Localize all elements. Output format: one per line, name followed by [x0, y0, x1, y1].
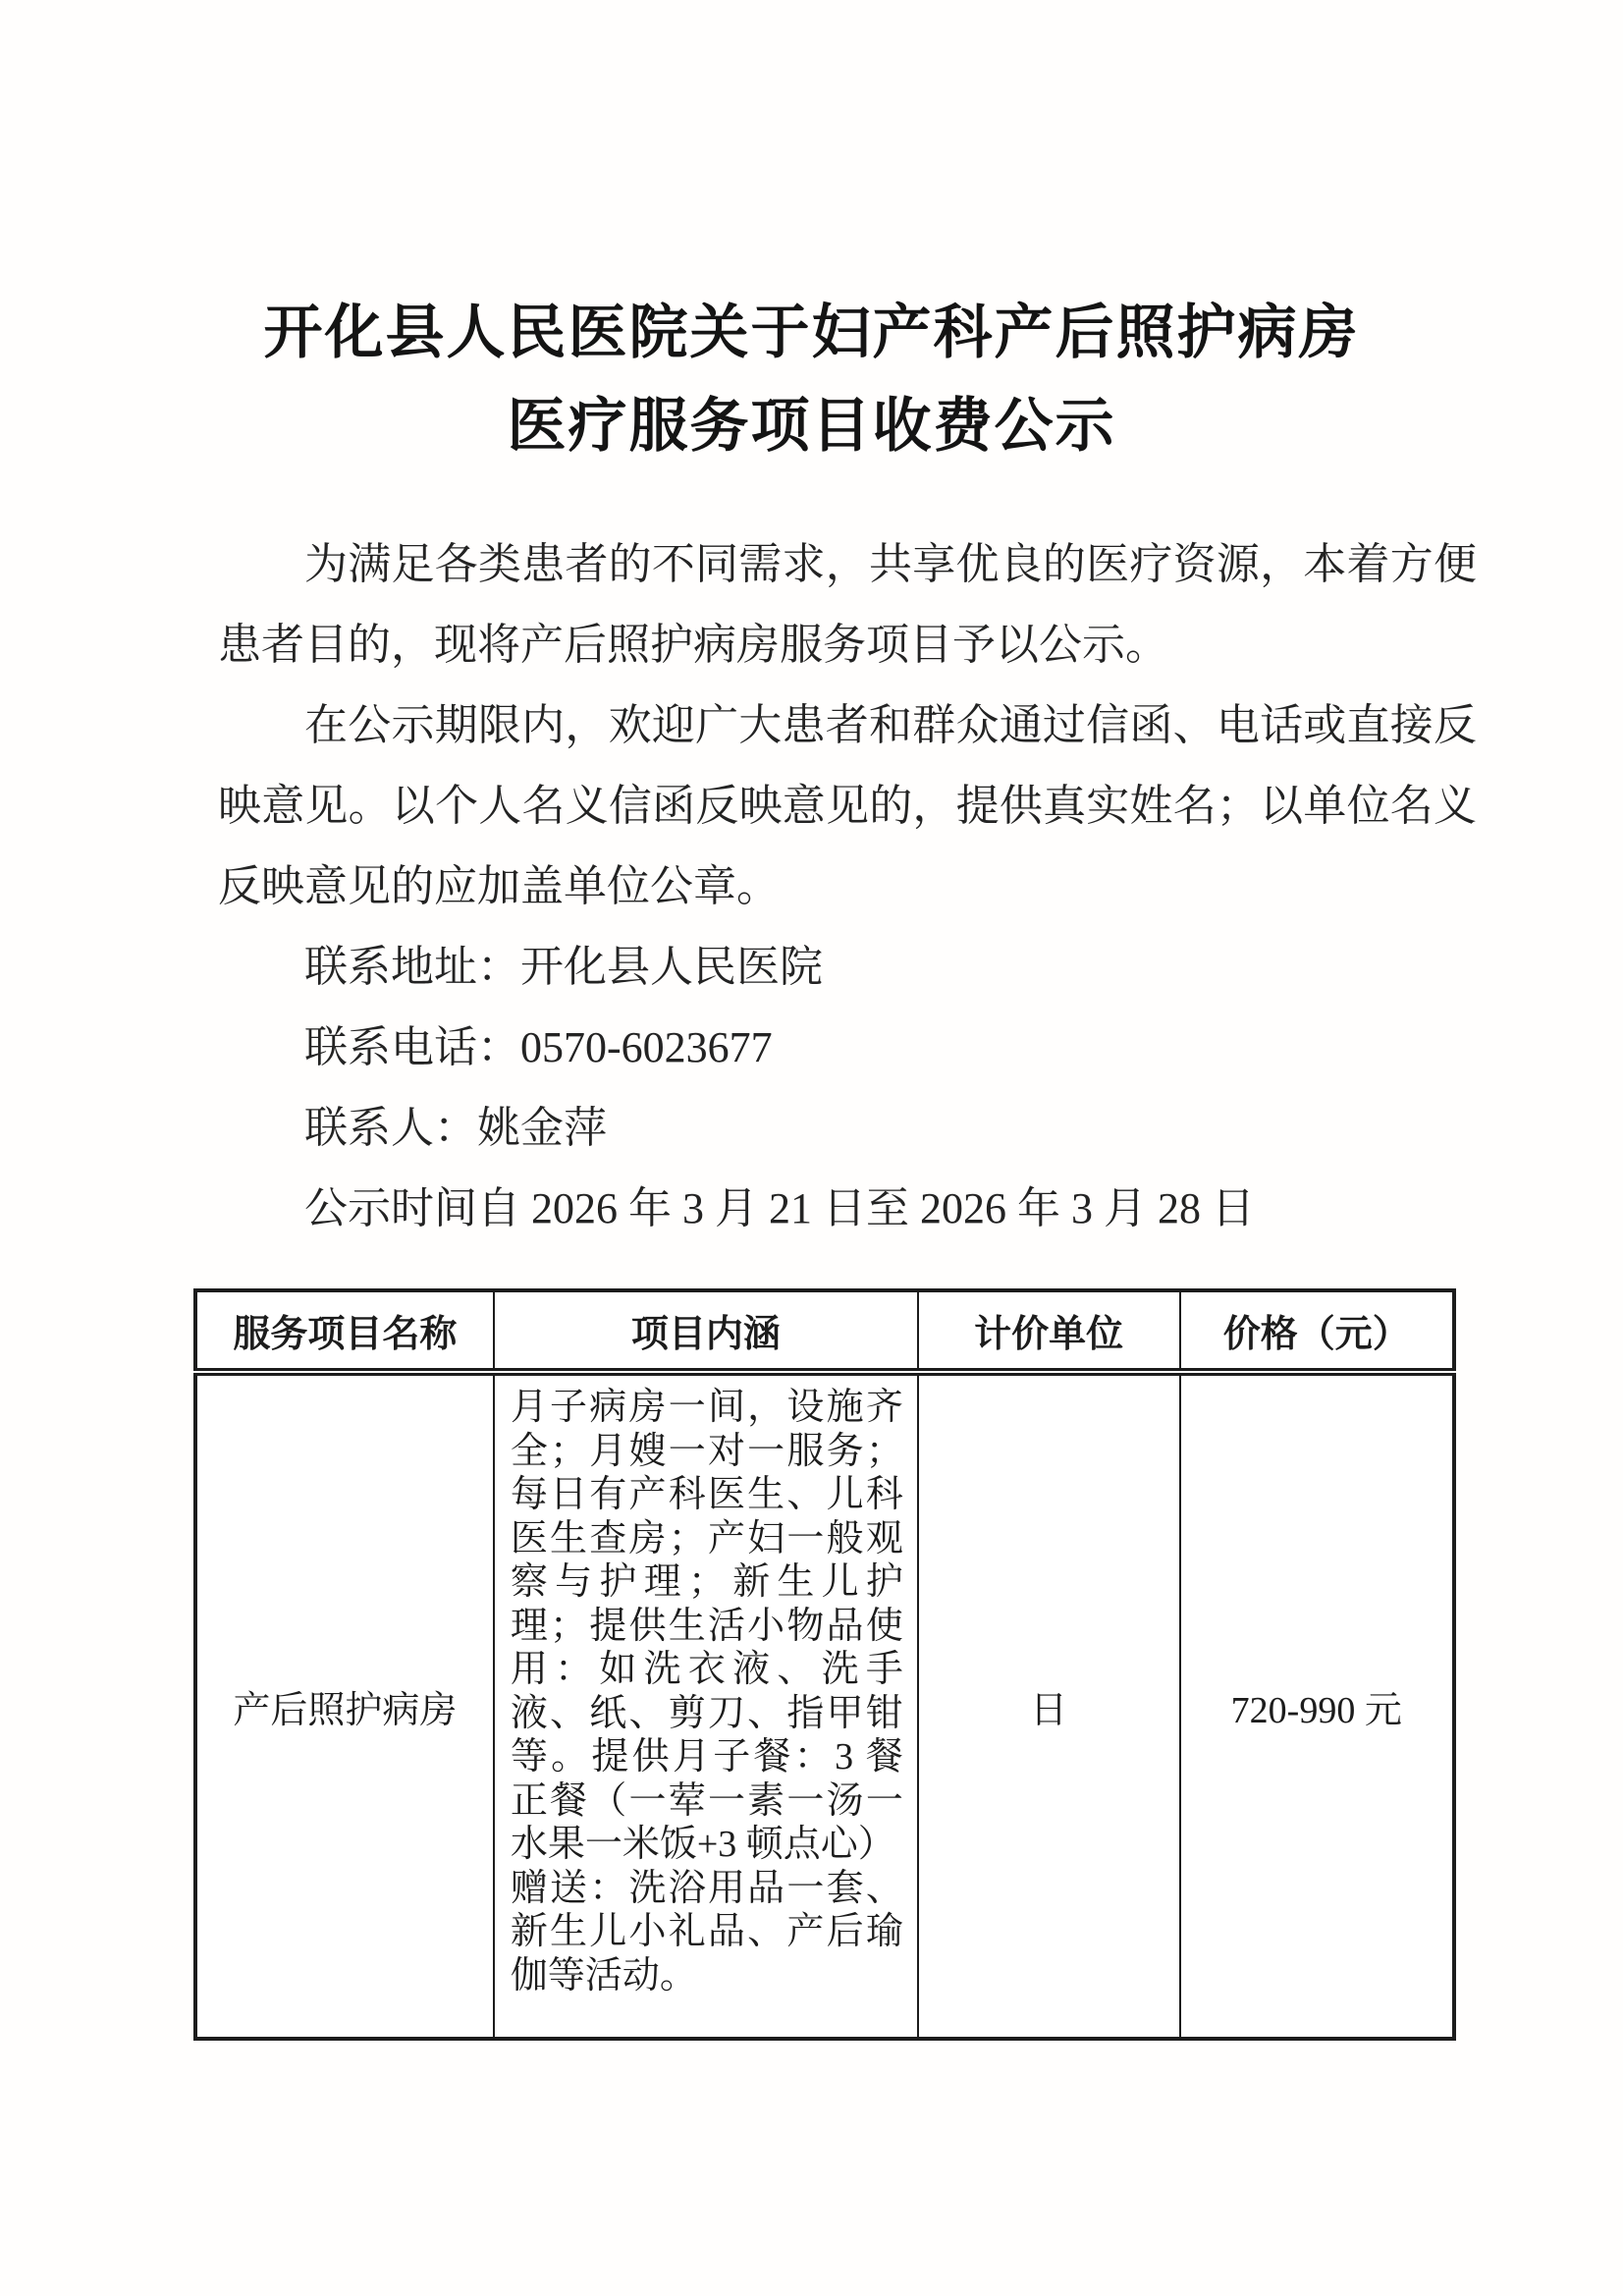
cell-unit: 日 — [918, 1372, 1180, 2039]
fee-table: 服务项目名称 项目内涵 计价单位 价格（元） 产后照护病房 月子病房一间，设施齐… — [193, 1288, 1456, 2041]
table-header-row: 服务项目名称 项目内涵 计价单位 价格（元） — [195, 1290, 1454, 1372]
header-service-name: 服务项目名称 — [195, 1290, 494, 1372]
document-page: 开化县人民医院关于妇产科产后照护病房 医疗服务项目收费公示 为满足各类患者的不同… — [0, 0, 1623, 2296]
title-line-1: 开化县人民医院关于妇产科产后照护病房 — [0, 287, 1623, 380]
header-content: 项目内涵 — [494, 1290, 918, 1372]
contact-person: 联系人：姚金萍 — [218, 1088, 1477, 1169]
publicity-period: 公示时间自 2026 年 3 月 21 日至 2026 年 3 月 28 日 — [218, 1169, 1477, 1249]
cell-service-name: 产后照护病房 — [195, 1372, 494, 2039]
cell-content: 月子病房一间，设施齐全；月嫂一对一服务；每日有产科医生、儿科医生查房；产妇一般观… — [494, 1372, 918, 2039]
contact-phone: 联系电话：0570-6023677 — [218, 1008, 1477, 1088]
paragraph-feedback: 在公示期限内，欢迎广大患者和群众通过信函、电话或直接反映意见。以个人名义信函反映… — [218, 685, 1477, 927]
paragraph-intro: 为满足各类患者的不同需求，共享优良的医疗资源，本着方便患者目的，现将产后照护病房… — [218, 524, 1477, 685]
cell-price: 720-990 元 — [1180, 1372, 1455, 2039]
contact-address: 联系地址：开化县人民医院 — [218, 927, 1477, 1008]
document-body: 为满足各类患者的不同需求，共享优良的医疗资源，本着方便患者目的，现将产后照护病房… — [218, 524, 1477, 1249]
cell-content-paragraph-1: 月子病房一间，设施齐全；月嫂一对一服务；每日有产科医生、儿科医生查房；产妇一般观… — [511, 1386, 903, 1867]
header-unit: 计价单位 — [918, 1290, 1180, 1372]
header-price: 价格（元） — [1180, 1290, 1455, 1372]
table-row: 产后照护病房 月子病房一间，设施齐全；月嫂一对一服务；每日有产科医生、儿科医生查… — [195, 1372, 1454, 2039]
cell-content-paragraph-2: 赠送：洗浴用品一套、新生儿小礼品、产后瑜伽等活动。 — [511, 1867, 903, 1998]
title-line-2: 医疗服务项目收费公示 — [0, 380, 1623, 473]
document-title: 开化县人民医院关于妇产科产后照护病房 医疗服务项目收费公示 — [0, 287, 1623, 473]
